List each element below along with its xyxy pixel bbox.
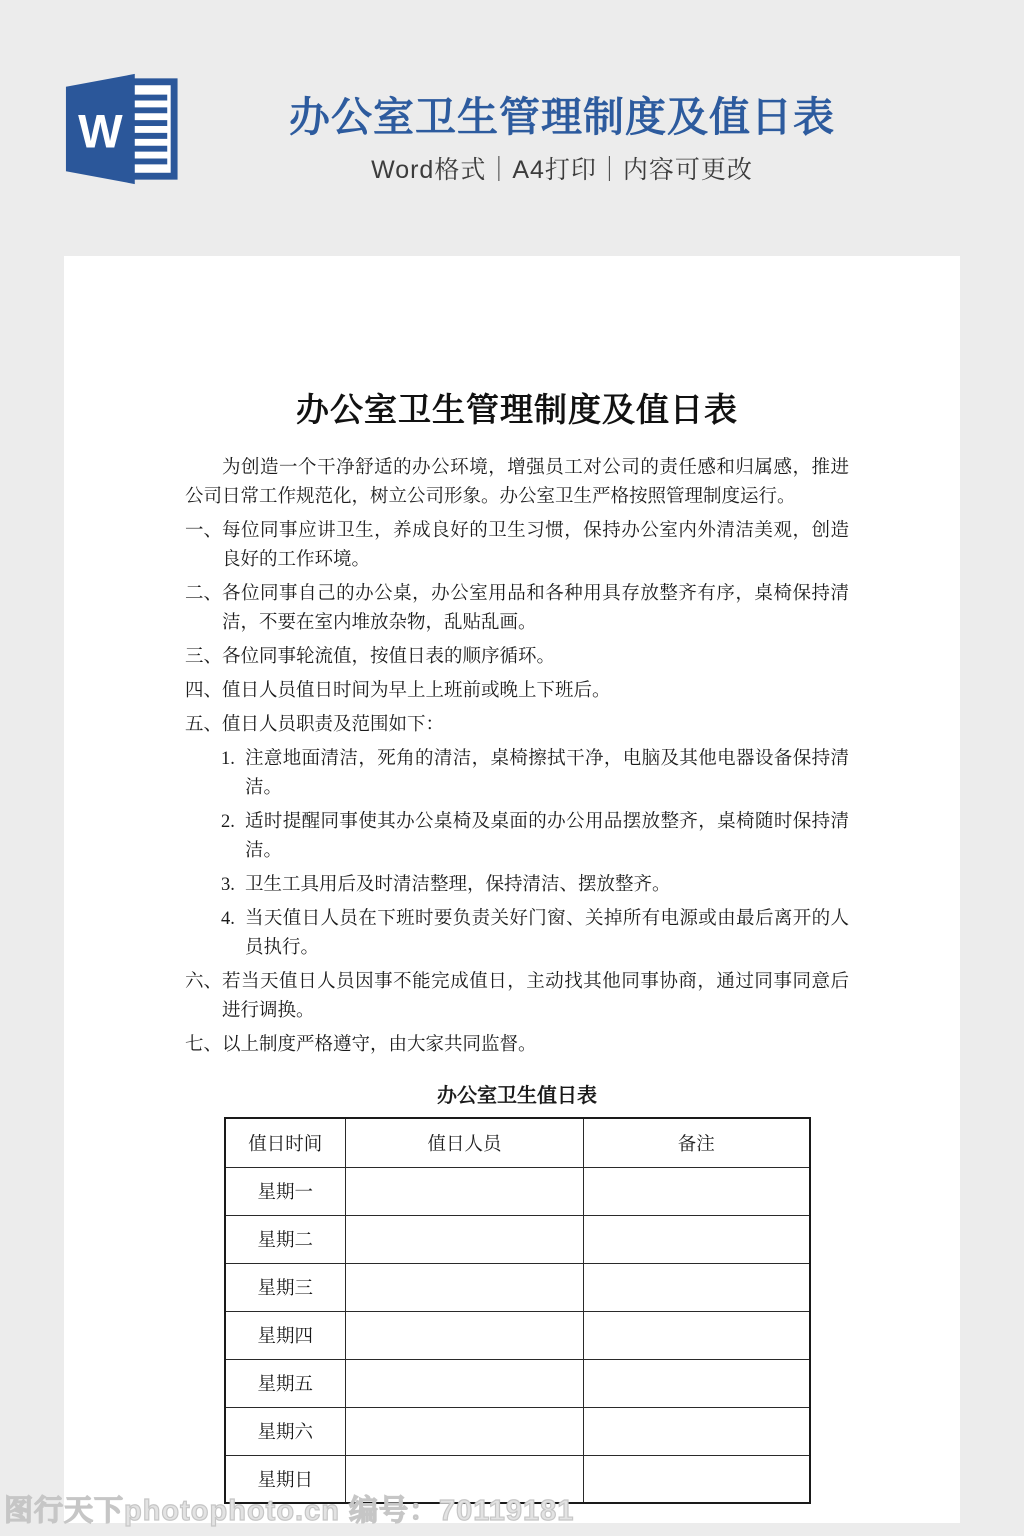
document-title: 办公室卫生管理制度及值日表 <box>185 388 849 432</box>
rule-marker: 一、 <box>185 517 222 575</box>
rule-text: 值日人员职责及范围如下： <box>222 711 849 740</box>
day-cell: 星期五 <box>225 1359 346 1407</box>
rule-item: 六、 若当天值日人员因事不能完成值日，主动找其他同事协商，通过同事同意后进行调换… <box>185 968 849 1026</box>
rule-item: 一、 每位同事应讲卫生，养成良好的卫生习惯，保持办公室内外清洁美观，创造良好的工… <box>185 517 849 575</box>
note-cell <box>584 1311 810 1359</box>
duty-text: 适时提醒同事使其办公桌椅及桌面的办公用品摆放整齐，桌椅随时保持清洁。 <box>245 808 849 866</box>
roster-table-title: 办公室卫生值日表 <box>185 1082 849 1111</box>
roster-row: 星期四 <box>225 1311 810 1359</box>
roster-row: 星期一 <box>225 1167 810 1215</box>
rule-item: 二、 各位同事自己的办公桌，办公室用品和各种用具存放整齐有序，桌椅保持清洁，不要… <box>185 580 849 638</box>
note-cell <box>584 1407 810 1455</box>
roster-header-row: 值日时间 值日人员 备注 <box>225 1118 810 1167</box>
duty-marker: 4. <box>221 905 245 963</box>
duty-text: 当天值日人员在下班时要负责关好门窗、关掉所有电源或由最后离开的人员执行。 <box>245 905 849 963</box>
rule-text: 值日人员值日时间为早上上班前或晚上下班后。 <box>222 677 849 706</box>
person-cell <box>346 1215 584 1263</box>
note-cell <box>584 1167 810 1215</box>
person-cell <box>346 1167 584 1215</box>
rule-item: 三、 各位同事轮流值，按值日表的顺序循环。 <box>185 643 849 672</box>
rule-text: 各位同事轮流值，按值日表的顺序循环。 <box>222 643 849 672</box>
roster-header-person: 值日人员 <box>346 1118 584 1167</box>
banner-subtitle: Word格式｜A4打印｜内容可更改 <box>100 156 1024 184</box>
duty-marker: 1. <box>221 745 245 803</box>
rule-item: 七、 以上制度严格遵守，由大家共同监督。 <box>185 1031 849 1060</box>
site-watermark: 图行天下photophoto.cn 编号：70119181 <box>4 1488 574 1529</box>
rule-marker: 二、 <box>185 580 222 638</box>
day-cell: 星期六 <box>225 1407 346 1455</box>
note-cell <box>584 1215 810 1263</box>
rule-marker: 七、 <box>185 1031 222 1060</box>
rule-text: 若当天值日人员因事不能完成值日，主动找其他同事协商，通过同事同意后进行调换。 <box>222 968 849 1026</box>
document-page: 办公室卫生管理制度及值日表 为创造一个干净舒适的办公环境，增强员工对公司的责任感… <box>64 256 960 1523</box>
day-cell: 星期二 <box>225 1215 346 1263</box>
rule-marker: 三、 <box>185 643 222 672</box>
note-cell <box>584 1359 810 1407</box>
rule-item: 四、 值日人员值日时间为早上上班前或晚上下班后。 <box>185 677 849 706</box>
person-cell <box>346 1311 584 1359</box>
person-cell <box>346 1263 584 1311</box>
banner-title: 办公室卫生管理制度及值日表 <box>100 94 1024 140</box>
rule-text: 以上制度严格遵守，由大家共同监督。 <box>222 1031 849 1060</box>
rule-marker: 五、 <box>185 711 222 740</box>
duty-item: 2. 适时提醒同事使其办公桌椅及桌面的办公用品摆放整齐，桌椅随时保持清洁。 <box>185 808 849 866</box>
duty-marker: 2. <box>221 808 245 866</box>
duty-item: 4. 当天值日人员在下班时要负责关好门窗、关掉所有电源或由最后离开的人员执行。 <box>185 905 849 963</box>
rule-text: 各位同事自己的办公桌，办公室用品和各种用具存放整齐有序，桌椅保持清洁，不要在室内… <box>222 580 849 638</box>
roster-row: 星期二 <box>225 1215 810 1263</box>
duty-marker: 3. <box>221 871 245 900</box>
intro-paragraph: 为创造一个干净舒适的办公环境，增强员工对公司的责任感和归属感，推进公司日常工作规… <box>185 454 849 512</box>
document-content: 办公室卫生管理制度及值日表 为创造一个干净舒适的办公环境，增强员工对公司的责任感… <box>64 256 960 1504</box>
person-cell <box>346 1407 584 1455</box>
roster-header-note: 备注 <box>584 1118 810 1167</box>
roster-row: 星期三 <box>225 1263 810 1311</box>
rule-text: 每位同事应讲卫生，养成良好的卫生习惯，保持办公室内外清洁美观，创造良好的工作环境… <box>222 517 849 575</box>
duty-item: 3. 卫生工具用后及时清洁整理，保持清洁、摆放整齐。 <box>185 871 849 900</box>
duty-text: 卫生工具用后及时清洁整理，保持清洁、摆放整齐。 <box>245 871 849 900</box>
banner: W 办公室卫生管理制度及值日表 Word格式｜A4打印｜内容可更改 <box>0 0 1024 256</box>
note-cell <box>584 1455 810 1503</box>
duty-text: 注意地面清洁，死角的清洁，桌椅擦拭干净，电脑及其他电器设备保持清洁。 <box>245 745 849 803</box>
duty-roster-table: 值日时间 值日人员 备注 星期一 星期二 <box>224 1117 811 1504</box>
roster-row: 星期六 <box>225 1407 810 1455</box>
day-cell: 星期一 <box>225 1167 346 1215</box>
person-cell <box>346 1359 584 1407</box>
rule-marker: 四、 <box>185 677 222 706</box>
day-cell: 星期三 <box>225 1263 346 1311</box>
rule-item: 五、 值日人员职责及范围如下： <box>185 711 849 740</box>
rule-marker: 六、 <box>185 968 222 1026</box>
day-cell: 星期四 <box>225 1311 346 1359</box>
roster-row: 星期五 <box>225 1359 810 1407</box>
roster-header-time: 值日时间 <box>225 1118 346 1167</box>
roster-section: 办公室卫生值日表 值日时间 值日人员 备注 星期一 <box>185 1082 849 1504</box>
duty-item: 1. 注意地面清洁，死角的清洁，桌椅擦拭干净，电脑及其他电器设备保持清洁。 <box>185 745 849 803</box>
note-cell <box>584 1263 810 1311</box>
